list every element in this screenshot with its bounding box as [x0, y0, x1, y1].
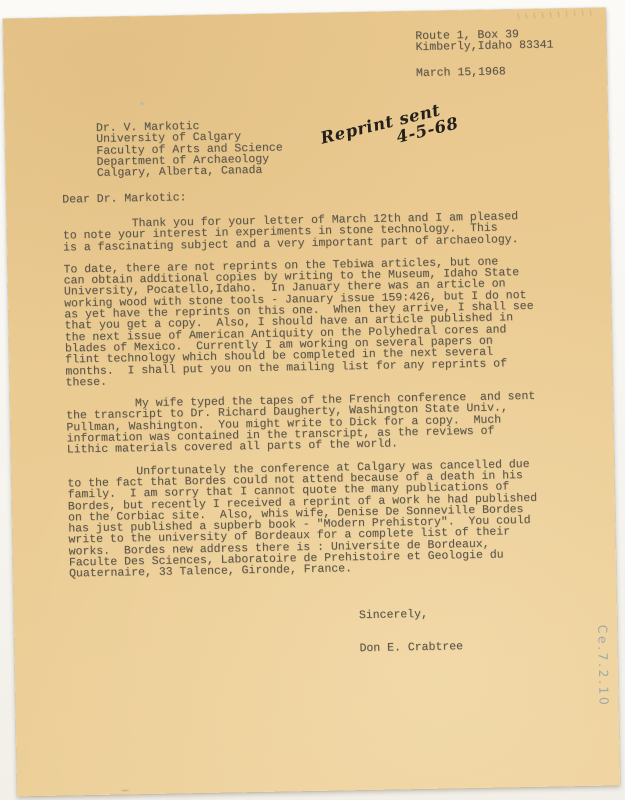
signature-name: Don E. Crabtree	[359, 641, 463, 654]
paragraph-2: To date, there are not reprints on the T…	[63, 256, 534, 389]
paragraph-1: Thank you for your letter of March 12th …	[63, 211, 533, 253]
paper-speck	[140, 102, 143, 105]
closing: Sincerely,	[359, 609, 428, 622]
paragraph-4: Unfortunately the conference at Calgary …	[67, 459, 538, 581]
letter-body: Thank you for your letter of March 12th …	[63, 211, 539, 580]
sender-address: Route 1, Box 39 Kimberly,Idaho 83341	[415, 29, 553, 54]
letter-paper: Route 1, Box 39 Kimberly,Idaho 83341 Mar…	[3, 8, 620, 797]
salutation: Dear Dr. Markotic:	[62, 192, 186, 206]
paper-smudge	[121, 789, 129, 791]
archival-number: Ce.7.2.10	[595, 625, 612, 708]
scan-background: Route 1, Box 39 Kimberly,Idaho 83341 Mar…	[0, 0, 625, 800]
handwritten-reprint-note: Reprint sent 4-5-68	[319, 98, 461, 164]
paragraph-3: My wife typed the tapes of the French co…	[66, 391, 536, 456]
letter-date: March 15,1968	[416, 66, 506, 79]
faint-pencil-marks	[515, 9, 593, 19]
recipient-address: Dr. V. Markotic University of Calgary Fa…	[96, 119, 283, 179]
